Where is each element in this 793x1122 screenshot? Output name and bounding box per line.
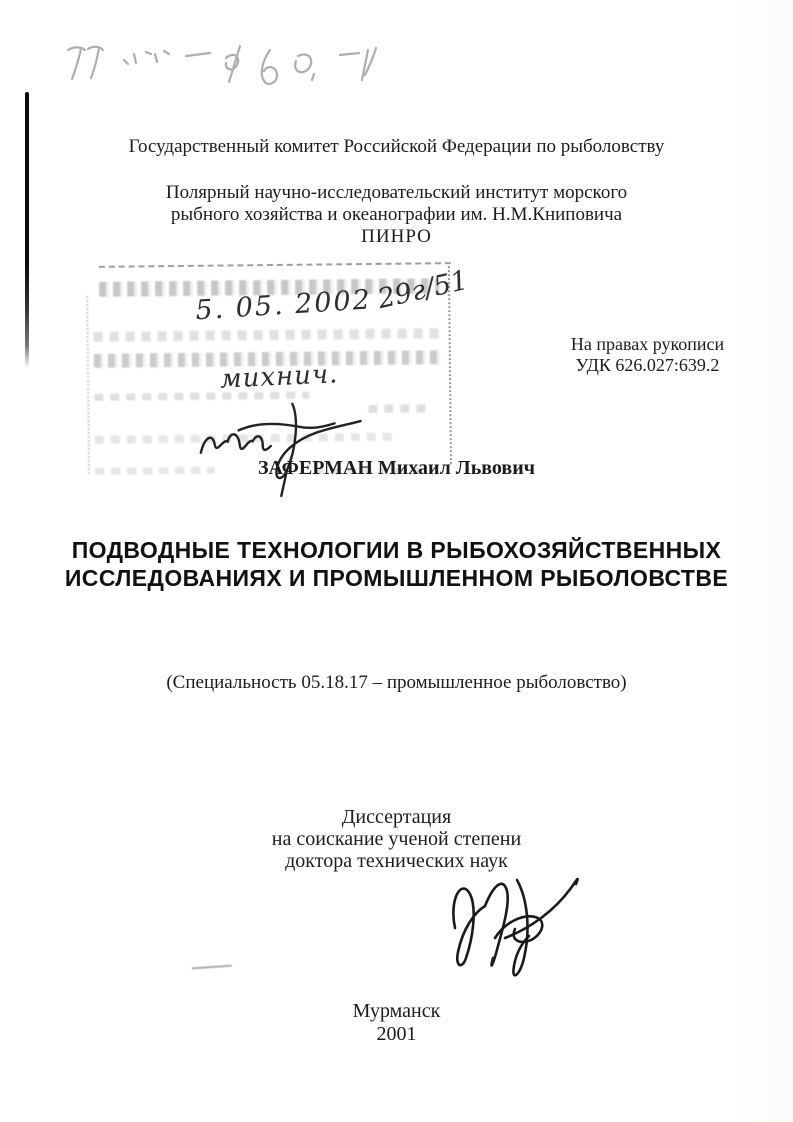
imprint-city: Мурманск (15, 1000, 778, 1023)
institute-line1: Полярный научно-исследовательский инстит… (15, 182, 778, 204)
institute-block: Полярный научно-исследовательский инстит… (15, 182, 778, 248)
org-committee: Государственный комитет Российской Федер… (15, 136, 778, 158)
specialty-line: (Специальность 05.18.17 – промышленное р… (15, 672, 778, 694)
imprint-year: 2001 (15, 1023, 778, 1046)
degree-line2: на соискание ученой степени (15, 828, 778, 850)
degree-line1: Диссертация (15, 806, 778, 828)
stamp-handwritten-number: 29г/51 (375, 265, 471, 315)
dissertation-title: ПОДВОДНЫЕ ТЕХНОЛОГИИ В РЫБОХОЗЯЙСТВЕННЫХ… (15, 536, 778, 592)
manuscript-note: На правах рукописи УДК 626.027:639.2 (545, 334, 750, 376)
institute-line2: рыбного хозяйства и океанографии им. Н.М… (15, 204, 778, 226)
pencil-dash-artifact (192, 965, 232, 974)
degree-line3: доктора технических наук (15, 850, 778, 872)
approval-signature (194, 399, 380, 501)
stamp-noise-row (94, 328, 442, 342)
manuscript-note-line1: На правах рукописи (545, 334, 750, 355)
degree-block: Диссертация на соискание ученой степени … (15, 806, 778, 872)
institute-acronym: ПИНРО (15, 226, 778, 248)
author-name: ЗАФЕРМАН Михаил Львович (15, 457, 778, 480)
library-stamp: 5. 05. 2002 29г/51 михнич. (85, 260, 462, 484)
stamp-handwritten-note: михнич. (219, 359, 339, 394)
pencil-shelfmark-scribble (58, 38, 378, 96)
stamp-border-left (86, 296, 90, 474)
scanned-title-page: Государственный комитет Российской Федер… (0, 0, 793, 1122)
author-signature (443, 866, 588, 991)
stamp-border-top (99, 262, 451, 268)
title-line1: ПОДВОДНЫЕ ТЕХНОЛОГИИ В РЫБОХОЗЯЙСТВЕННЫХ (15, 536, 778, 564)
title-line2: ИССЛЕДОВАНИЯХ И ПРОМЫШЛЕННОМ РЫБОЛОВСТВЕ (15, 564, 778, 592)
manuscript-note-line2: УДК 626.027:639.2 (545, 355, 750, 376)
imprint-block: Мурманск 2001 (15, 1000, 778, 1046)
